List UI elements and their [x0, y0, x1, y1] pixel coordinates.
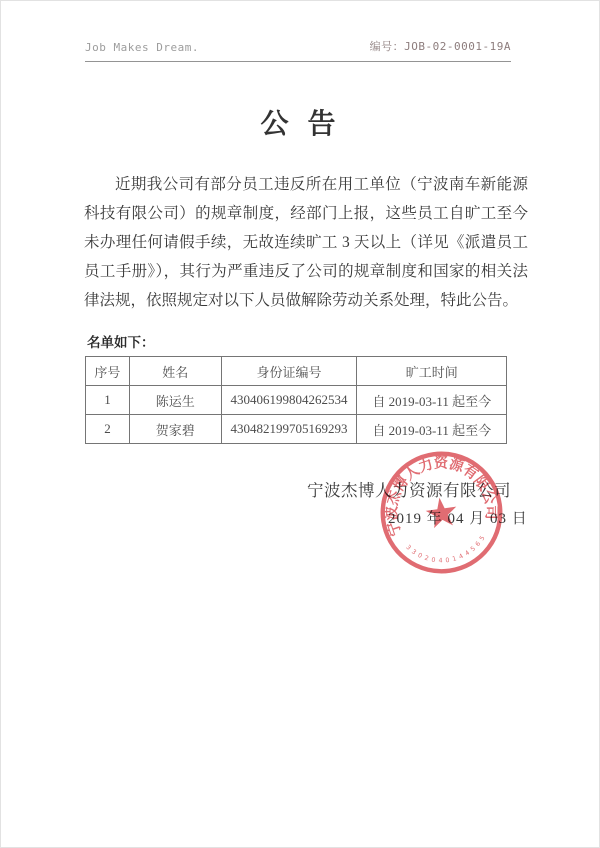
table-row: 1 陈运生 430406199804262534 自 2019-03-11 起至…	[86, 386, 507, 415]
document-number: 编号：JOB-02-0001-19A	[370, 38, 511, 54]
table-header-row: 序号 姓名 身份证编号 旷工时间	[86, 357, 507, 386]
col-header-name: 姓名	[129, 357, 221, 386]
notice-title: 公 告	[0, 102, 596, 142]
signature-company: 宁波杰博人力资源有限公司	[307, 477, 511, 501]
col-header-index: 序号	[86, 357, 130, 386]
document-number-label: 编号：	[370, 40, 405, 53]
notice-body-paragraph: 近期我公司有部分员工违反所在用工单位（宁波南车新能源科技有限公司）的规章制度，经…	[84, 170, 528, 315]
absentee-table: 序号 姓名 身份证编号 旷工时间 1 陈运生 43040619980426253…	[85, 356, 507, 444]
header-slogan: Job Makes Dream.	[85, 41, 199, 54]
col-header-id-number: 身份证编号	[221, 357, 357, 386]
col-header-absence-period: 旷工时间	[357, 357, 507, 386]
document-number-value: JOB-02-0001-19A	[404, 40, 511, 53]
table-row: 2 贺家碧 430482199705169293 自 2019-03-11 起至…	[86, 415, 507, 444]
seal-registration-number: 3302040144565	[404, 533, 490, 570]
cell-absence-period: 自 2019-03-11 起至今	[357, 415, 507, 444]
signature-date: 2019 年 04 月 03 日	[388, 507, 528, 528]
cell-id-number: 430406199804262534	[221, 386, 357, 415]
list-intro-label: 名单如下：	[87, 331, 155, 351]
cell-name: 陈运生	[129, 386, 221, 415]
document-page: Job Makes Dream. 编号：JOB-02-0001-19A 公 告 …	[0, 0, 600, 848]
cell-id-number: 430482199705169293	[221, 415, 357, 444]
cell-index: 2	[86, 415, 130, 444]
page-header: Job Makes Dream. 编号：JOB-02-0001-19A	[85, 38, 511, 62]
cell-absence-period: 自 2019-03-11 起至今	[357, 386, 507, 415]
cell-name: 贺家碧	[129, 415, 221, 444]
cell-index: 1	[86, 386, 130, 415]
